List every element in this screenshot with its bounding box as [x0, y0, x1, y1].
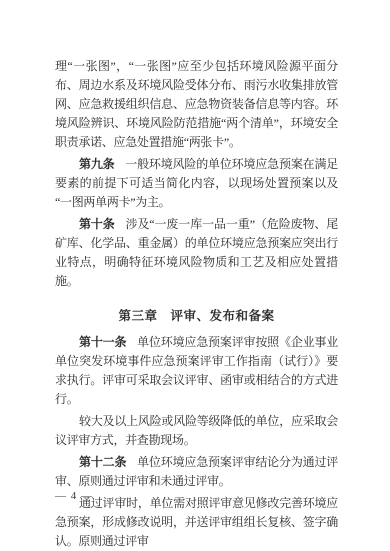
paragraph-article-10: 第十条涉及“一废一库一品一重”（危险废物、尾矿库、化学品、重金属）的单位环境应急… [55, 215, 338, 291]
paragraph-article-11: 第十一条单位环境应急预案评审按照《企业事业单位突发环境事件应急预案评审工作指南（… [55, 333, 338, 409]
article-number: 第十条 [79, 217, 115, 231]
paragraph-review-method: 较大及以上风险或风险等级降低的单位，应采取会议评审方式，并查勘现场。 [55, 412, 338, 450]
page-number: — 4 — [55, 490, 93, 502]
document-body: 理“一张图”，“一张图”应至少包括环境风险源平面分布、周边水系及环境风险受体分布… [55, 57, 338, 551]
paragraph-text: 较大及以上风险或风险等级降低的单位，应采取会议评审方式，并查勘现场。 [55, 414, 338, 447]
paragraph-text: 理“一张图”，“一张图”应至少包括环境风险源平面分布、周边水系及环境风险受体分布… [55, 59, 338, 149]
article-number: 第九条 [79, 157, 114, 171]
chapter-heading: 第三章 评审、发布和备案 [55, 307, 338, 326]
paragraph-review-pass: 通过评审时，单位需对照评审意见修改完善环境应急预案，形成修改说明，并送评审组组长… [55, 494, 338, 551]
article-number: 第十二条 [79, 455, 126, 469]
document-page: 理“一张图”，“一张图”应至少包括环境风险源平面分布、周边水系及环境风险受体分布… [0, 0, 390, 551]
article-number: 第十一条 [79, 335, 126, 349]
paragraph-text: 通过评审时，单位需对照评审意见修改完善环境应急预案，形成修改说明，并送评审组组长… [55, 496, 338, 548]
paragraph-article-12: 第十二条单位环境应急预案评审结论分为通过评审、原则通过评审和未通过评审。 [55, 453, 338, 491]
paragraph-article-9: 第九条一般环境风险的单位环境应急预案在满足要素的前提下可适当简化内容，以现场处置… [55, 155, 338, 212]
paragraph-continuation: 理“一张图”，“一张图”应至少包括环境风险源平面分布、周边水系及环境风险受体分布… [55, 57, 338, 152]
